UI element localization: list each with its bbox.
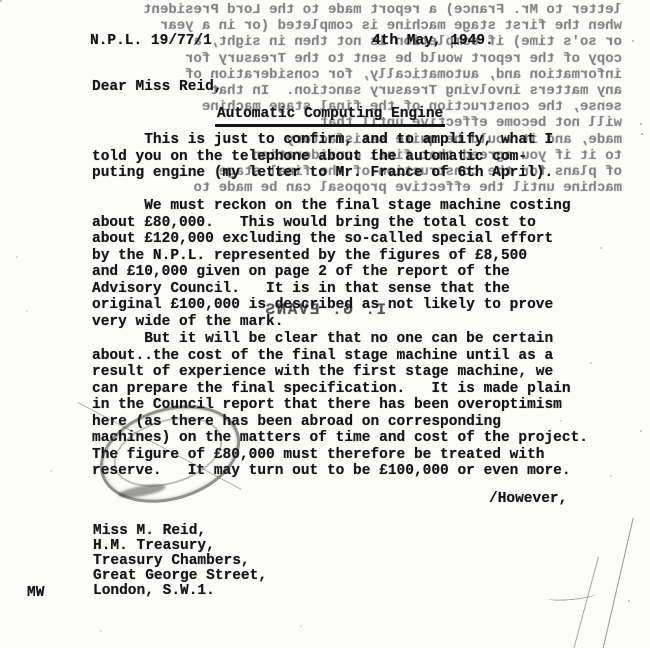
paper-speckles <box>0 0 2 2</box>
paragraph-2: We must reckon on the final stage machin… <box>92 198 571 330</box>
reference-number: N.P.L. 19/77/1 <box>90 33 212 50</box>
salutation: Dear Miss Reid, <box>92 79 223 96</box>
letter-date: 4th May, 1949. <box>372 33 494 50</box>
typist-initials: MW <box>27 585 44 602</box>
crease-mark <box>601 518 633 648</box>
recipient-address: Miss M. Reid, H.M. Treasury, Treasury Ch… <box>93 524 267 599</box>
continuation-mark: /However, <box>489 491 567 508</box>
crease-mark <box>548 590 596 601</box>
letter-heading: Automatic Computing Engine <box>215 106 445 127</box>
scanned-letter-page: letter to Mr. France) a report made to t… <box>0 0 650 648</box>
crease-mark <box>572 557 599 648</box>
paragraph-1: This is just to confirm, and to amplify,… <box>92 132 553 182</box>
